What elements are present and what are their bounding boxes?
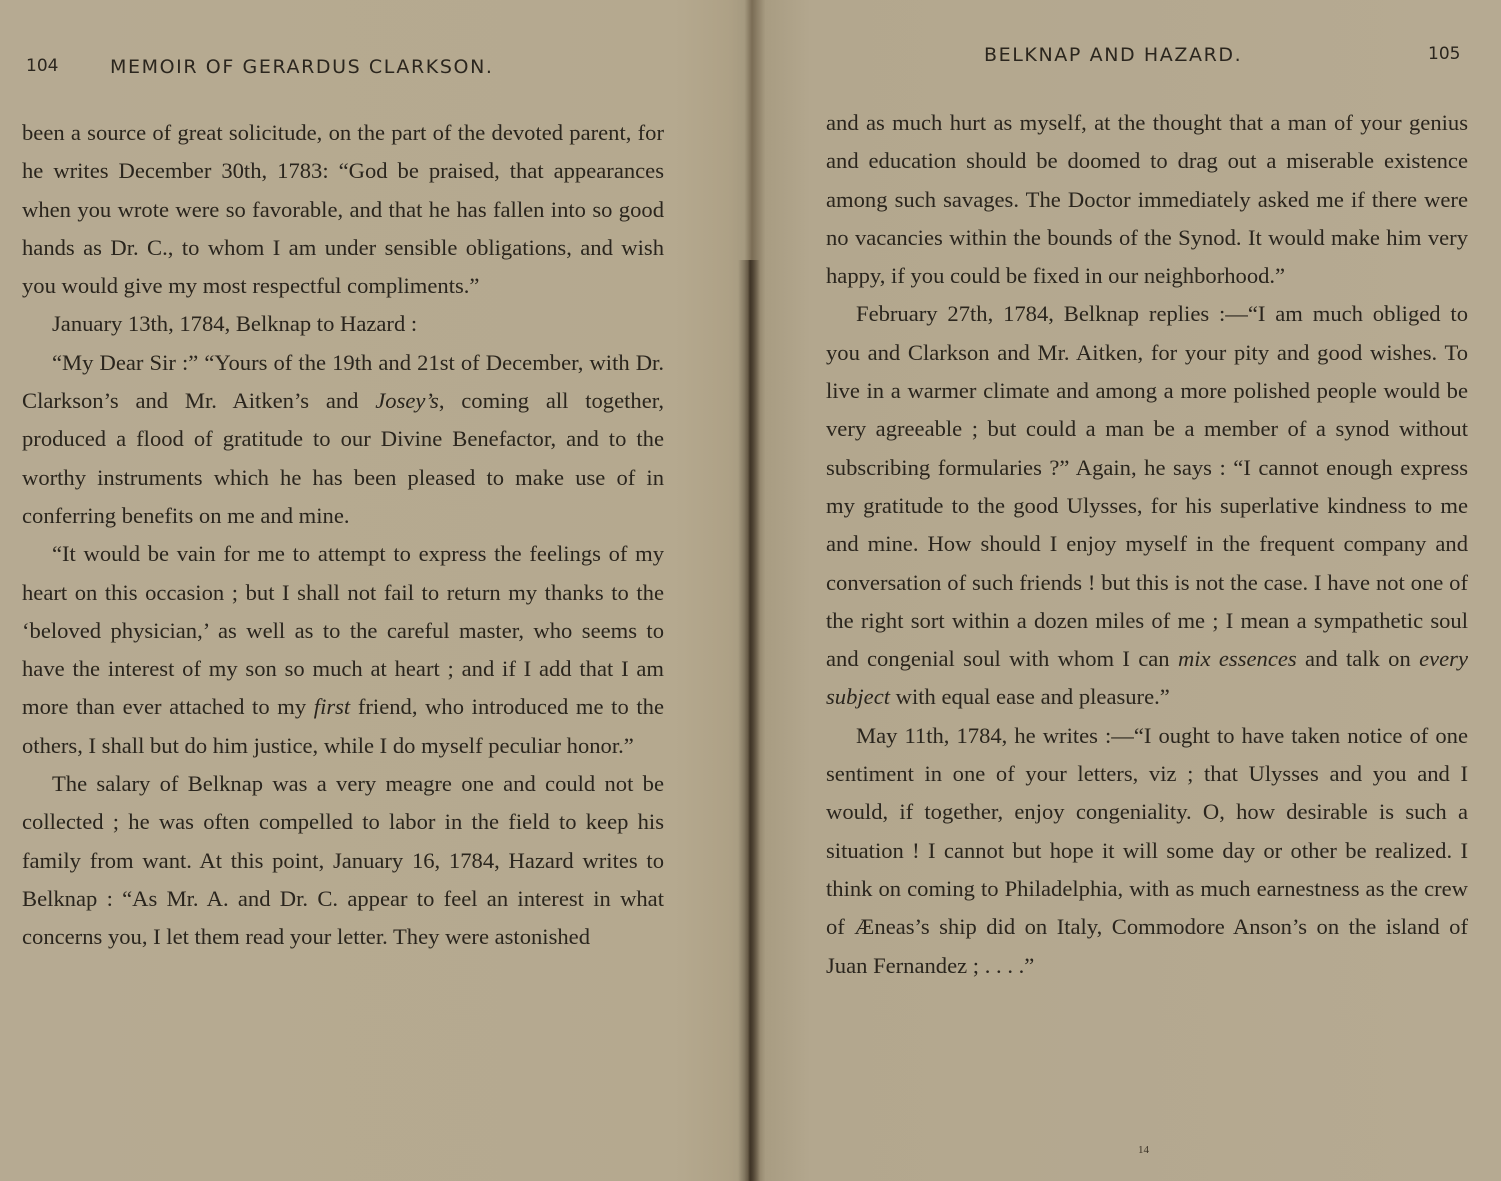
signature-mark: 14 bbox=[1138, 1144, 1149, 1156]
italic-text: mix essences bbox=[1178, 646, 1297, 671]
paragraph: been a source of great solicitude, on th… bbox=[22, 114, 664, 305]
paragraph: “My Dear Sir :” “Yours of the 19th and 2… bbox=[22, 344, 664, 535]
paragraph: “It would be vain for me to attempt to e… bbox=[22, 535, 664, 765]
paragraph: February 27th, 1784, Belknap replies :—“… bbox=[826, 295, 1468, 716]
paragraph: The salary of Belknap was a very meagre … bbox=[22, 765, 664, 956]
italic-text: first bbox=[314, 694, 350, 719]
paragraph: and as much hurt as myself, at the thoug… bbox=[826, 104, 1468, 295]
italic-text: Josey’s bbox=[375, 388, 439, 413]
right-page-number: 105 bbox=[1428, 44, 1460, 64]
left-page-body: been a source of great solicitude, on th… bbox=[22, 114, 664, 957]
left-page-number: 104 bbox=[26, 56, 58, 76]
right-running-head: BELKNAP AND HAZARD. bbox=[984, 44, 1242, 66]
left-page: 104 MEMOIR OF GERARDUS CLARKSON. been a … bbox=[0, 0, 740, 1181]
left-running-head: MEMOIR OF GERARDUS CLARKSON. bbox=[110, 56, 494, 78]
right-page: BELKNAP AND HAZARD. 105 and as much hurt… bbox=[760, 0, 1501, 1181]
gutter-shadow bbox=[738, 260, 760, 1181]
book-spread: 104 MEMOIR OF GERARDUS CLARKSON. been a … bbox=[0, 0, 1501, 1181]
paragraph: May 11th, 1784, he writes :—“I ought to … bbox=[826, 717, 1468, 985]
paragraph: January 13th, 1784, Belknap to Hazard : bbox=[22, 305, 664, 343]
right-page-body: and as much hurt as myself, at the thoug… bbox=[826, 104, 1468, 985]
